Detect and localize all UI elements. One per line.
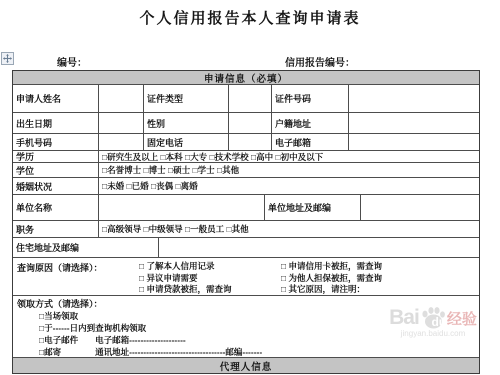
table-row-position: 职务 □高级领导 □中级领导 □一般员工 □其他 — [13, 220, 479, 237]
field-label-home-address: 住宅地址及邮编 — [13, 238, 158, 257]
position-checkbox-options[interactable]: □高级领导 □中级领导 □一般员工 □其他 — [98, 221, 479, 237]
field-label-birth-date: 出生日期 — [13, 113, 98, 133]
field-label-employer-address: 单位地址及邮编 — [264, 195, 360, 220]
table-row-employer: 单位名称 单位地址及邮编 — [13, 194, 479, 220]
field-label-degree: 学位 — [13, 163, 98, 177]
field-label-landline: 固定电话 — [143, 134, 228, 150]
pickup-option-mail[interactable]: □邮寄 通讯地址--------------------------------… — [17, 346, 479, 357]
section-header-text: 申请信息（必填） — [204, 71, 288, 84]
credit-report-number-label: 信用报告编号： — [285, 54, 355, 69]
table-row-pickup-method: 领取方式（请选择）： □当场领取 □于------日内到查询机构领取 □电子邮件… — [13, 295, 479, 357]
section-header-application-info: 申请信息（必填） — [13, 71, 479, 84]
input-cell-employer-address[interactable] — [360, 195, 479, 220]
input-cell-id-type[interactable] — [228, 85, 271, 112]
table-row-name-id: 申请人姓名 证件类型 证件号码 — [13, 84, 479, 112]
field-label-query-reason: 查询原因（请选择）： — [13, 261, 139, 274]
table-row-degree: 学位 □名誉博士 □博士 □硕士 □学士 □其他 — [13, 162, 479, 177]
field-label-email: 电子邮箱 — [271, 134, 348, 150]
query-reason-option[interactable]: □ 申请贷款被拒，需查询 — [139, 284, 281, 295]
section-header-agent-info: 代理人信息 — [13, 357, 479, 373]
input-cell-applicant-name[interactable] — [98, 85, 143, 112]
pickup-option-email[interactable]: □电子邮件 电子邮箱-------------------- — [17, 334, 479, 346]
pickup-option-within-days[interactable]: □于------日内到查询机构领取 — [17, 322, 479, 334]
query-reason-option[interactable]: □ 其它原因，请注明： — [281, 284, 479, 295]
query-reason-column-1: □ 了解本人信用记录 □ 异议申请需要 □ 申请贷款被拒，需查询 — [139, 261, 281, 295]
marital-status-checkbox-options[interactable]: □未婚 □已婚 □丧偶 □离婚 — [98, 178, 479, 194]
table-row-marital-status: 婚姻状况 □未婚 □已婚 □丧偶 □离婚 — [13, 177, 479, 194]
degree-checkbox-options[interactable]: □名誉博士 □博士 □硕士 □学士 □其他 — [98, 163, 479, 177]
input-cell-landline[interactable] — [228, 134, 271, 150]
section-header-text: 代理人信息 — [220, 359, 273, 373]
education-checkbox-options[interactable]: □研究生及以上 □本科 □大专 □技术学校 □高中 □初中及以下 — [98, 151, 479, 162]
query-reason-option[interactable]: □ 异议申请需要 — [139, 273, 281, 285]
input-cell-household-address[interactable] — [348, 113, 479, 133]
field-label-id-number: 证件号码 — [271, 85, 348, 112]
field-label-marital-status: 婚姻状况 — [13, 178, 98, 194]
field-label-pickup-method: 领取方式（请选择）： — [17, 299, 479, 310]
table-row-query-reason: 查询原因（请选择）： □ 了解本人信用记录 □ 异议申请需要 □ 申请贷款被拒，… — [13, 257, 479, 295]
table-row-education: 学历 □研究生及以上 □本科 □大专 □技术学校 □高中 □初中及以下 — [13, 150, 479, 162]
application-form-table: 申请信息（必填） 申请人姓名 证件类型 证件号码 出生日期 性别 户籍地址 手机… — [12, 70, 480, 374]
table-row-birth-gender-address: 出生日期 性别 户籍地址 — [13, 112, 479, 133]
field-label-applicant-name: 申请人姓名 — [13, 85, 98, 112]
field-label-mobile: 手机号码 — [13, 134, 98, 150]
serial-number-label: 编号： — [57, 54, 87, 69]
form-title: 个人信用报告本人查询申请表 — [0, 7, 500, 28]
table-row-phone-email: 手机号码 固定电话 电子邮箱 — [13, 133, 479, 150]
input-cell-birth-date[interactable] — [98, 113, 143, 133]
input-cell-id-number[interactable] — [348, 85, 479, 112]
input-cell-home-address[interactable] — [158, 238, 479, 257]
input-cell-employer-name[interactable] — [98, 195, 264, 220]
document-page: 个人信用报告本人查询申请表 编号： 信用报告编号： 申请信息（必填） 申请人姓名… — [0, 0, 500, 375]
input-cell-mobile[interactable] — [98, 134, 143, 150]
pickup-option-onsite[interactable]: □当场领取 — [17, 310, 479, 322]
move-cross-icon — [3, 54, 12, 63]
query-reason-column-2: □ 申请信用卡被拒，需查询 □ 为他人担保被拒，需查询 □ 其它原因，请注明： — [281, 261, 479, 295]
query-reason-option[interactable]: □ 了解本人信用记录 — [139, 261, 281, 273]
field-label-position: 职务 — [13, 221, 98, 237]
table-move-handle-icon[interactable] — [1, 52, 14, 65]
field-label-employer-name: 单位名称 — [13, 195, 98, 220]
field-label-education: 学历 — [13, 151, 98, 162]
table-row-home-address: 住宅地址及邮编 — [13, 237, 479, 257]
input-cell-gender[interactable] — [228, 113, 271, 133]
input-cell-email[interactable] — [348, 134, 479, 150]
field-label-household-address: 户籍地址 — [271, 113, 348, 133]
field-label-gender: 性别 — [143, 113, 228, 133]
query-reason-option[interactable]: □ 申请信用卡被拒，需查询 — [281, 261, 479, 273]
field-label-id-type: 证件类型 — [143, 85, 228, 112]
query-reason-option[interactable]: □ 为他人担保被拒，需查询 — [281, 273, 479, 285]
